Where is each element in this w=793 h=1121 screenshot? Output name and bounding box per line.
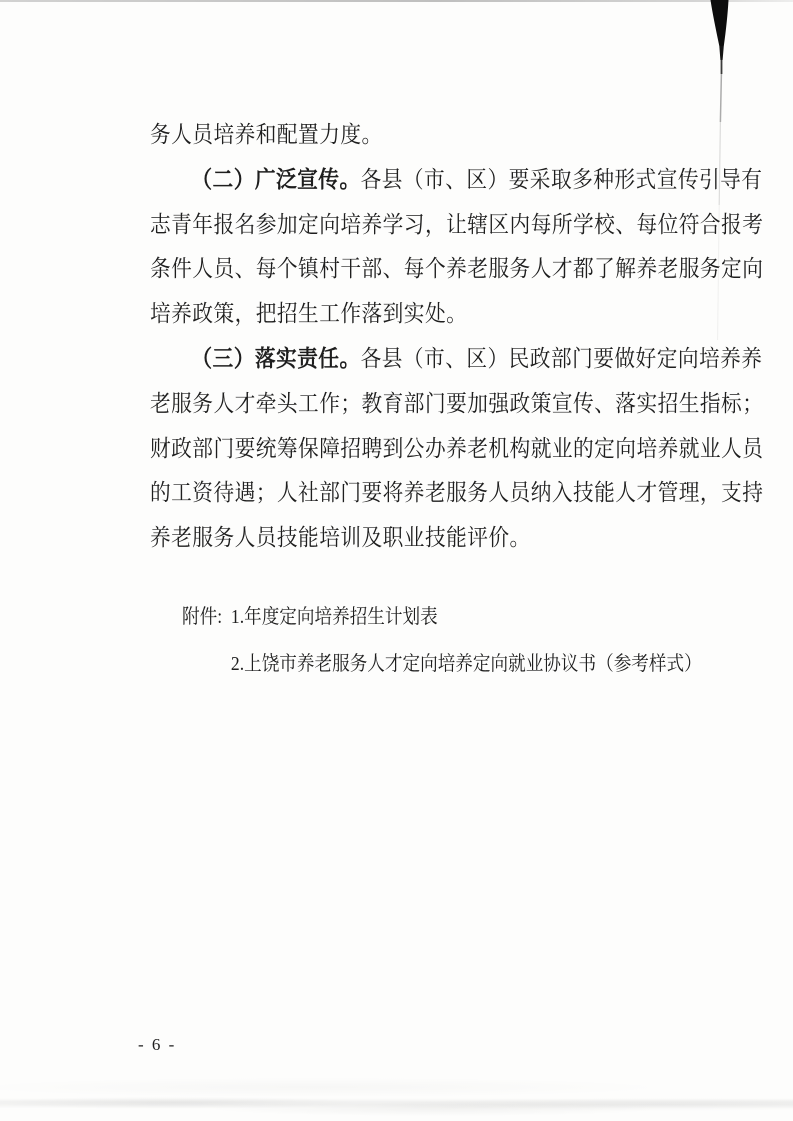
scanned-document-page: 务人员培养和配置力度。 （二）广泛宣传。各县（市、区）要采取多种形式宣传引导有 …	[0, 0, 793, 1121]
body-line: 老服务人才牵头工作；教育部门要加强政策宣传、落实招生指标；	[150, 382, 780, 427]
attachments-list: 1.年度定向培养招生计划表 2.上饶市养老服务人才定向培养定向就业协议书（参考样…	[231, 594, 702, 688]
body-line: 务人员培养和配置力度。	[150, 113, 780, 158]
body-line: 财政部门要统筹保障招聘到公办养老机构就业的定向培养就业人员	[150, 427, 780, 472]
body-line-text: 各县（市、区）民政部门要做好定向培养养	[361, 346, 763, 371]
paragraph-heading: （三）落实责任。	[191, 346, 360, 371]
body-line: 条件人员、每个镇村干部、每个养老服务人才都了解养老服务定向	[150, 247, 780, 292]
attachment-item: 1.年度定向培养招生计划表	[231, 594, 702, 641]
attachment-item: 2.上饶市养老服务人才定向培养定向就业协议书（参考样式）	[231, 641, 702, 688]
scan-top-edge-line	[0, 0, 793, 2]
body-line-text: 培养政策，把招生工作落到实处。	[150, 301, 467, 326]
body-line-text: 财政部门要统筹保障招聘到公办养老机构就业的定向培养就业人员	[150, 436, 763, 461]
body-line-text: 各县（市、区）要采取多种形式宣传引导有	[361, 167, 763, 192]
body-line-text: 的工资待遇；人社部门要将养老服务人员纳入技能人才管理，支持	[150, 480, 763, 505]
body-line-text: 养老服务人员技能培训及职业技能评价。	[150, 525, 531, 550]
body-line-text: 志青年报名参加定向培养学习，让辖区内每所学校、每位符合报考	[150, 212, 763, 237]
body-line-text: 条件人员、每个镇村干部、每个养老服务人才都了解养老服务定向	[150, 256, 763, 281]
body-line: （三）落实责任。各县（市、区）民政部门要做好定向培养养	[150, 337, 780, 382]
attachments-block: 附件: 1.年度定向培养招生计划表 2.上饶市养老服务人才定向培养定向就业协议书…	[182, 594, 702, 688]
body-line-text: 老服务人才牵头工作；教育部门要加强政策宣传、落实招生指标；	[150, 391, 763, 416]
body-line: 的工资待遇；人社部门要将养老服务人员纳入技能人才管理，支持	[150, 471, 780, 516]
body-line: （二）广泛宣传。各县（市、区）要采取多种形式宣传引导有	[150, 158, 780, 203]
paragraph-heading: （二）广泛宣传。	[191, 167, 360, 192]
attachments-label: 附件:	[182, 594, 222, 641]
scan-bottom-noise	[0, 1073, 793, 1121]
page-number: - 6 -	[138, 1033, 176, 1057]
body-line: 志青年报名参加定向培养学习，让辖区内每所学校、每位符合报考	[150, 203, 780, 248]
body-line: 养老服务人员技能培训及职业技能评价。	[150, 516, 780, 561]
body-line: 培养政策，把招生工作落到实处。	[150, 292, 780, 337]
body-line-text: 务人员培养和配置力度。	[150, 122, 383, 147]
document-body: 务人员培养和配置力度。 （二）广泛宣传。各县（市、区）要采取多种形式宣传引导有 …	[150, 113, 780, 561]
